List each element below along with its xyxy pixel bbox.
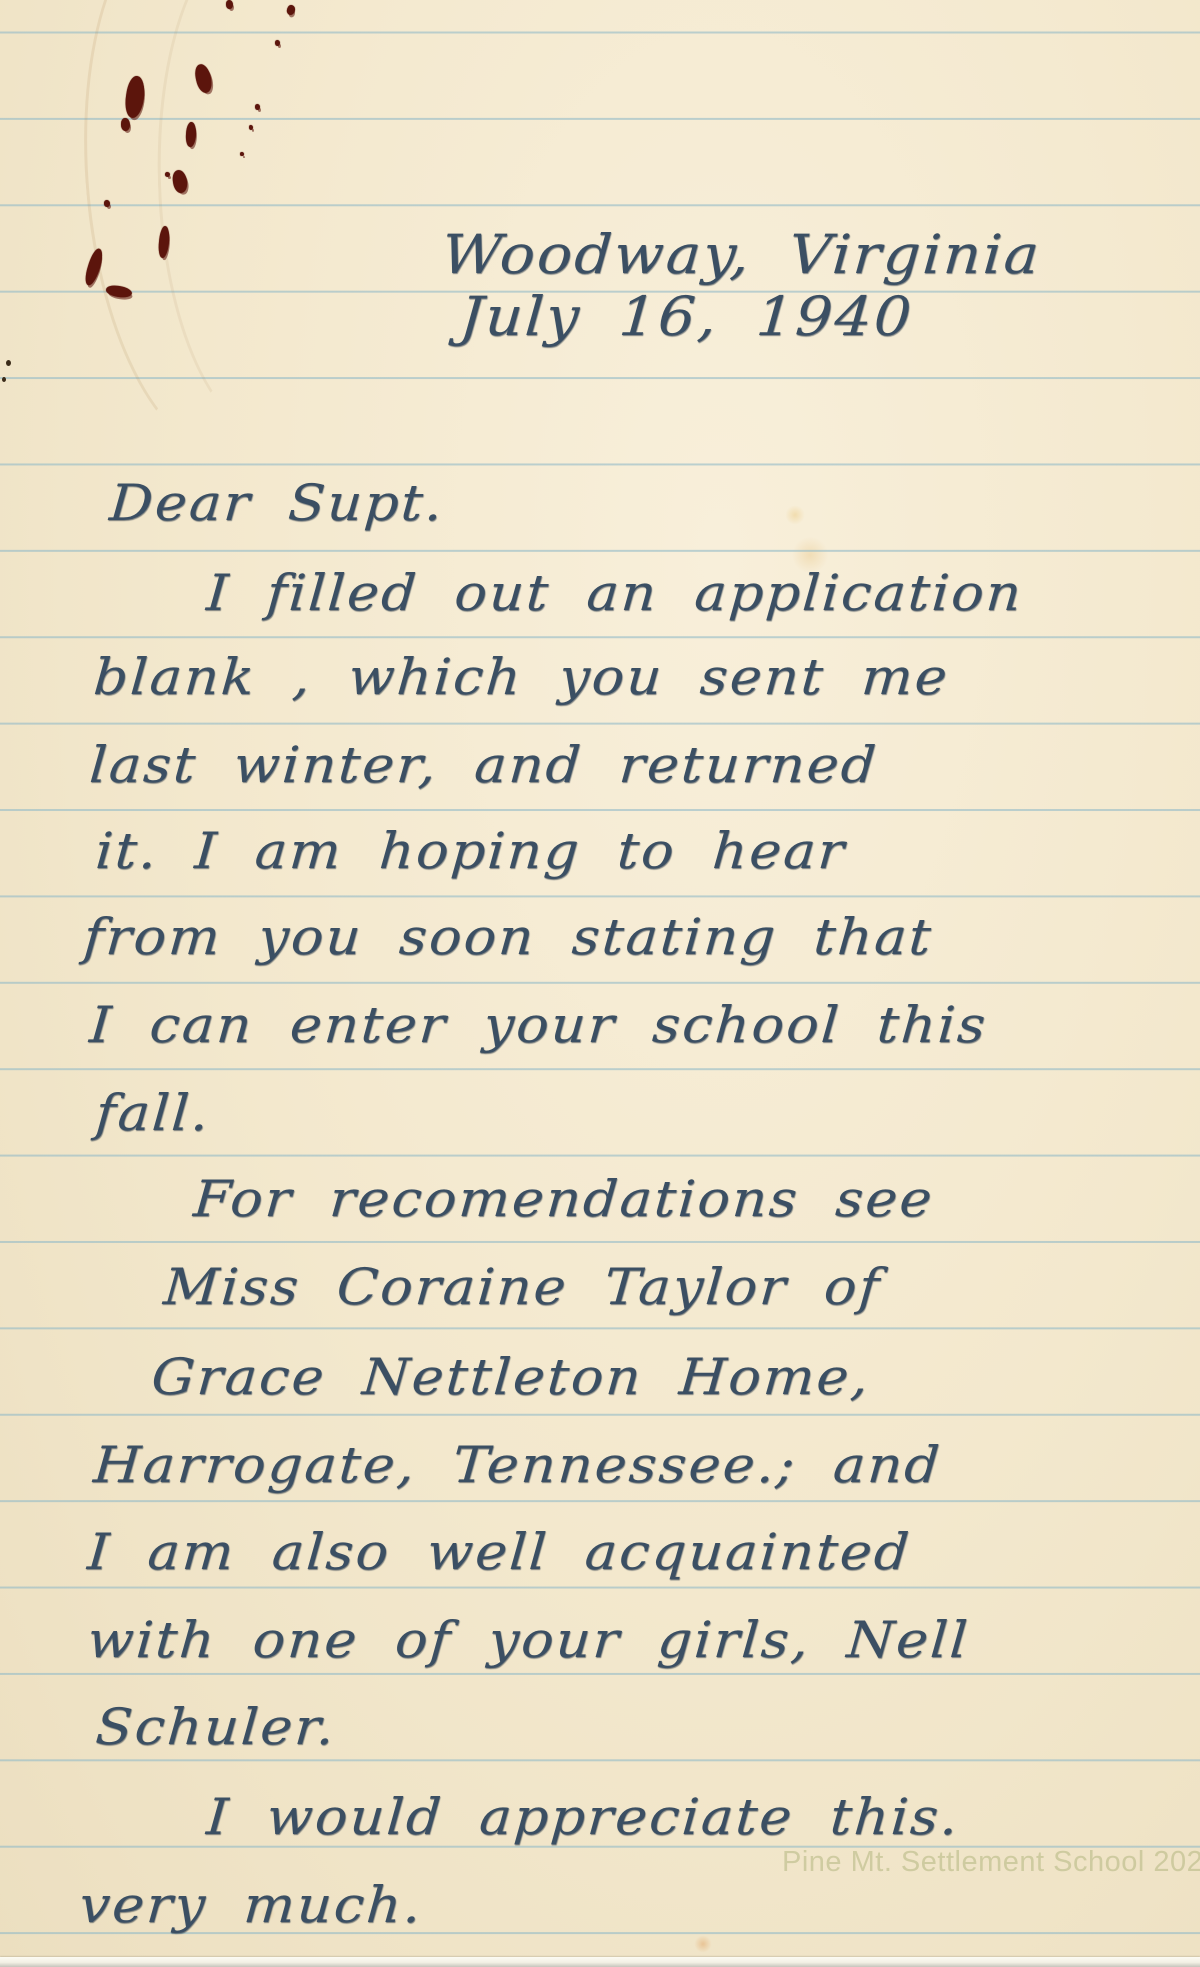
ink-stain-spot — [249, 125, 253, 130]
letter-line: I filled out an application — [205, 568, 1025, 618]
letter-line: Miss Coraine Taylor of — [162, 1262, 883, 1312]
paper-speck — [2, 377, 6, 382]
ink-stain-spot — [121, 118, 130, 131]
ink-stain-spot — [286, 4, 297, 16]
letter-line: Harrogate, Tennessee.; and — [92, 1440, 943, 1490]
letter-line: I am also well acquainted — [86, 1527, 913, 1577]
ink-stain-spot — [104, 200, 110, 207]
ink-stain-spot — [82, 247, 105, 287]
paper-crease — [149, 0, 378, 440]
letter-line: with one of your girls, Nell — [86, 1615, 971, 1665]
ink-stain-spot — [226, 0, 233, 9]
ink-stain-spot — [193, 63, 214, 94]
ink-stain-spot — [171, 169, 188, 194]
ink-stain-spot — [275, 40, 280, 46]
letter-line: I can enter your school this — [88, 1000, 989, 1050]
letter-page: Woodway, Virginia July 16, 1940 Dear Sup… — [0, 0, 1200, 1967]
letter-line: very much. — [78, 1880, 424, 1930]
letter-line: Schuler. — [94, 1702, 338, 1752]
ink-stain-spot — [185, 122, 197, 148]
letter-place-line: Woodway, Virginia — [440, 228, 1043, 282]
letter-line: I would appreciate this. — [205, 1792, 961, 1842]
scan-edge — [0, 1957, 1200, 1967]
ink-stain-spot — [255, 104, 260, 110]
letter-line: blank , which you sent me — [92, 652, 951, 702]
ink-stain-spot — [157, 226, 170, 259]
letter-line: it. I am hoping to hear — [94, 826, 848, 876]
paper-speck — [6, 360, 11, 366]
ink-stain-spot — [123, 75, 147, 119]
letter-line: from you soon stating that — [82, 912, 935, 962]
watermark-text: Pine Mt. Settlement School 2021 — [782, 1846, 1200, 1879]
letter-date-line: July 16, 1940 — [458, 290, 915, 344]
letter-line: For recomendations see — [192, 1174, 936, 1224]
ink-stain-spot — [240, 152, 244, 156]
letter-line: Grace Nettleton Home, — [150, 1352, 872, 1402]
ink-stain-spot — [165, 172, 170, 177]
ink-stain-spot — [105, 284, 132, 299]
letter-line: last winter, and returned — [88, 740, 880, 790]
letter-line: fall. — [94, 1088, 212, 1138]
letter-salutation: Dear Supt. — [108, 478, 446, 528]
